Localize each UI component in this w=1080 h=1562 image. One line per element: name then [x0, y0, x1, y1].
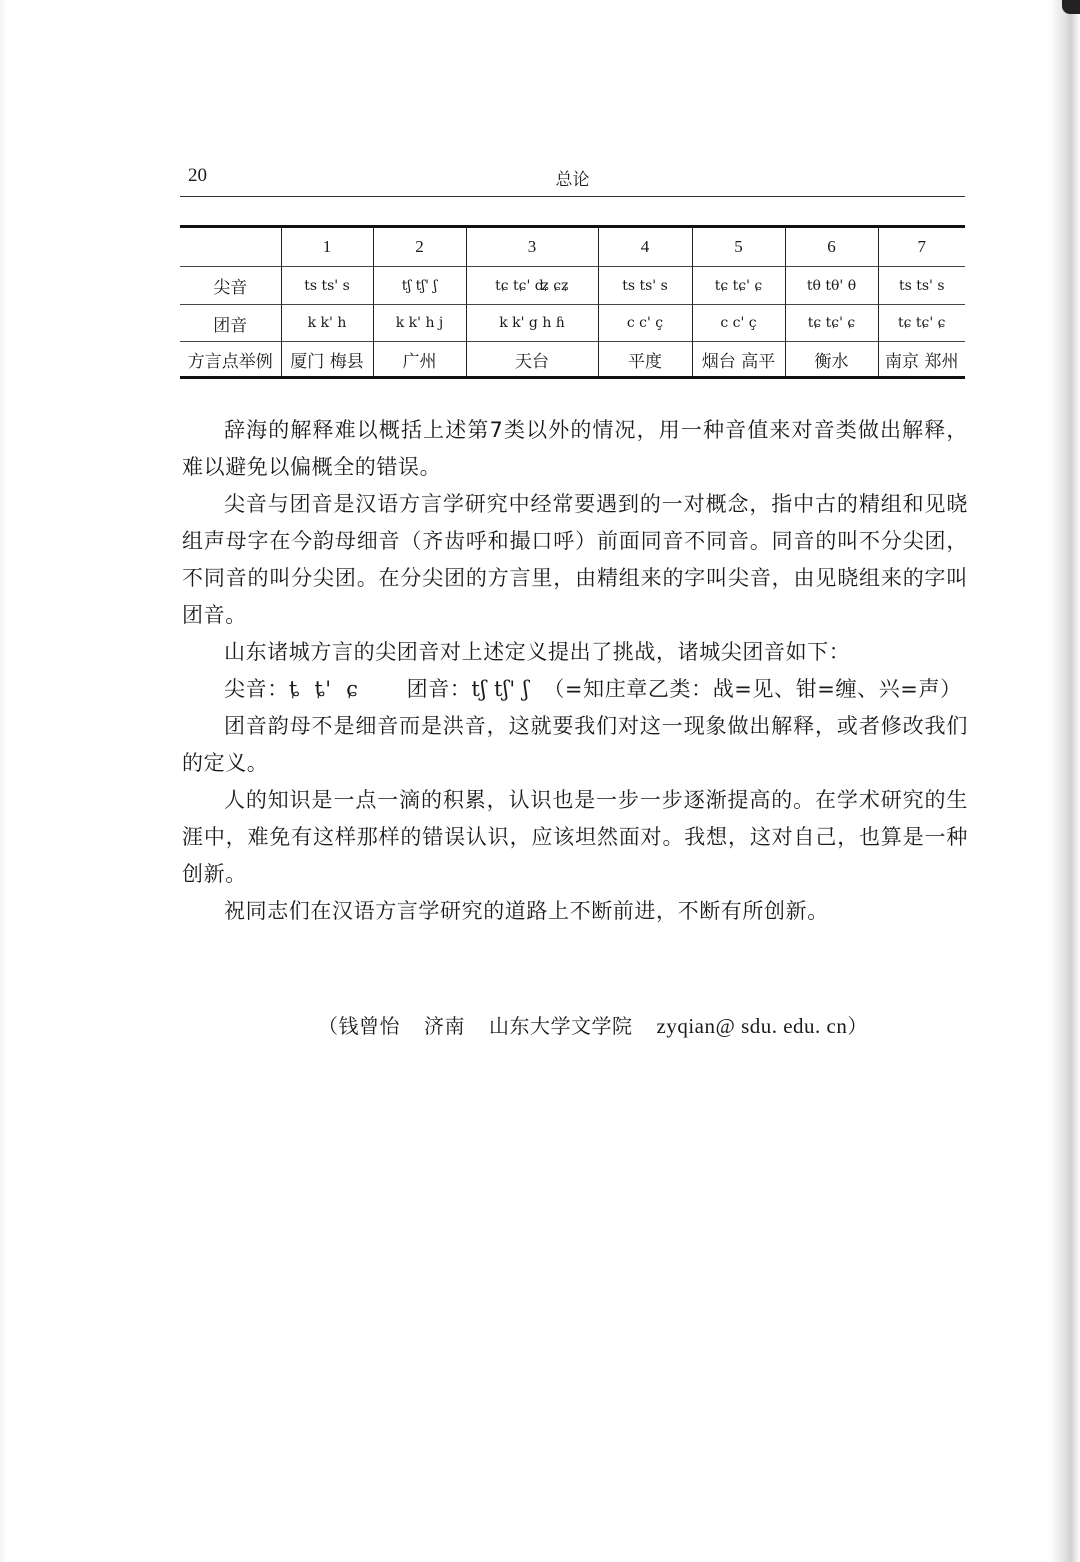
tuanyin-label: 团音：	[407, 677, 472, 701]
table-header-cell: 7	[878, 227, 965, 267]
table-cell: tɕ tɕ' ɕ	[692, 267, 785, 305]
table-header-cell: 5	[692, 227, 785, 267]
table-cell: tɕ tɕ' ɕ	[878, 305, 965, 342]
paragraph-4-sounds: 尖音：ȶ ȶ' ɕ团音：tʃ tʃ' ʃ（=知庄章乙类：战=见、钳=缠、兴=声）	[182, 671, 968, 708]
paragraph-2: 尖音与团音是汉语方言学研究中经常要遇到的一对概念，指中古的精组和见晓组声母字在今…	[182, 486, 968, 634]
row-label: 方言点举例	[180, 342, 281, 378]
table-cell: 天台	[466, 342, 598, 378]
table-header-cell	[180, 227, 281, 267]
signature-open-paren: （	[318, 1014, 339, 1038]
table-cell: 广州	[373, 342, 466, 378]
table-cell: tʃ tʃ' ʃ	[373, 267, 466, 305]
table-row-tuanyin: 团音 k k' h k k' h j k k' g h ɦ c c' ç c c…	[180, 305, 965, 342]
paragraph-7: 祝同志们在汉语方言学研究的道路上不断前进，不断有所创新。	[182, 893, 968, 930]
table-cell: ts ts' s	[281, 267, 373, 305]
table-cell: 南京 郑州	[878, 342, 965, 378]
author-email: zyqian@ sdu. edu. cn	[657, 1014, 848, 1038]
table-cell: k k' h	[281, 305, 373, 342]
table-cell: tɕ tɕ' ɕ	[785, 305, 878, 342]
table-cell: 平度	[598, 342, 692, 378]
author-institution: 山东大学文学院	[489, 1014, 633, 1038]
table-cell: c c' ç	[598, 305, 692, 342]
table-header-cell: 1	[281, 227, 373, 267]
scan-edge-right	[1050, 0, 1080, 1562]
scan-corner-shadow	[1062, 0, 1080, 14]
signature-close-paren: ）	[847, 1014, 868, 1038]
scan-edge-left	[0, 0, 6, 1562]
table-cell: ts ts' s	[598, 267, 692, 305]
table-row-examples: 方言点举例 厦门 梅县 广州 天台 平度 烟台 高平 衡水 南京 郑州	[180, 342, 965, 378]
author-signature: （钱曾怡济南山东大学文学院zyqian@ sdu. edu. cn）	[318, 1010, 958, 1039]
author-name: 钱曾怡	[339, 1014, 401, 1038]
running-head: 20 总论	[180, 165, 965, 195]
table-cell: ts ts' s	[878, 267, 965, 305]
row-label: 团音	[180, 305, 281, 342]
paragraph-1: 辞海的解释难以概括上述第7类以外的情况，用一种音值来对音类做出解释，难以避免以偏…	[182, 412, 968, 486]
table-header-row: 1 2 3 4 5 6 7	[180, 227, 965, 267]
tuanyin-sounds: tʃ tʃ' ʃ	[471, 677, 529, 701]
paragraph-6: 人的知识是一点一滴的积累，认识也是一步一步逐渐提高的。在学术研究的生涯中，难免有…	[182, 782, 968, 893]
table-cell: tθ tθ' θ	[785, 267, 878, 305]
table-cell: 厦门 梅县	[281, 342, 373, 378]
table-cell: k k' h j	[373, 305, 466, 342]
sound-note: （=知庄章乙类：战=见、钳=缠、兴=声）	[543, 677, 961, 701]
table-cell: 烟台 高平	[692, 342, 785, 378]
paragraph-5: 团音韵母不是细音而是洪音，这就要我们对这一现象做出解释，或者修改我们的定义。	[182, 708, 968, 782]
author-city: 济南	[424, 1014, 465, 1038]
table-cell: tɕ tɕ' ʥ ɕʑ	[466, 267, 598, 305]
table-cell: 衡水	[785, 342, 878, 378]
table-row-jianyin: 尖音 ts ts' s tʃ tʃ' ʃ tɕ tɕ' ʥ ɕʑ ts ts' …	[180, 267, 965, 305]
row-label: 尖音	[180, 267, 281, 305]
table-header-cell: 4	[598, 227, 692, 267]
table-header-cell: 3	[466, 227, 598, 267]
running-title: 总论	[180, 165, 965, 190]
table-cell: k k' g h ɦ	[466, 305, 598, 342]
paragraph-3: 山东诸城方言的尖团音对上述定义提出了挑战，诸城尖团音如下：	[182, 634, 968, 671]
jianyin-sounds: ȶ ȶ' ɕ	[289, 677, 359, 701]
header-rule	[180, 196, 965, 197]
table-cell: c c' ç	[692, 305, 785, 342]
jian-tuan-table: 1 2 3 4 5 6 7 尖音 ts ts' s tʃ tʃ' ʃ tɕ tɕ…	[180, 225, 965, 379]
body-text: 辞海的解释难以概括上述第7类以外的情况，用一种音值来对音类做出解释，难以避免以偏…	[182, 412, 968, 930]
table-header-cell: 6	[785, 227, 878, 267]
jianyin-label: 尖音：	[224, 677, 289, 701]
table-header-cell: 2	[373, 227, 466, 267]
